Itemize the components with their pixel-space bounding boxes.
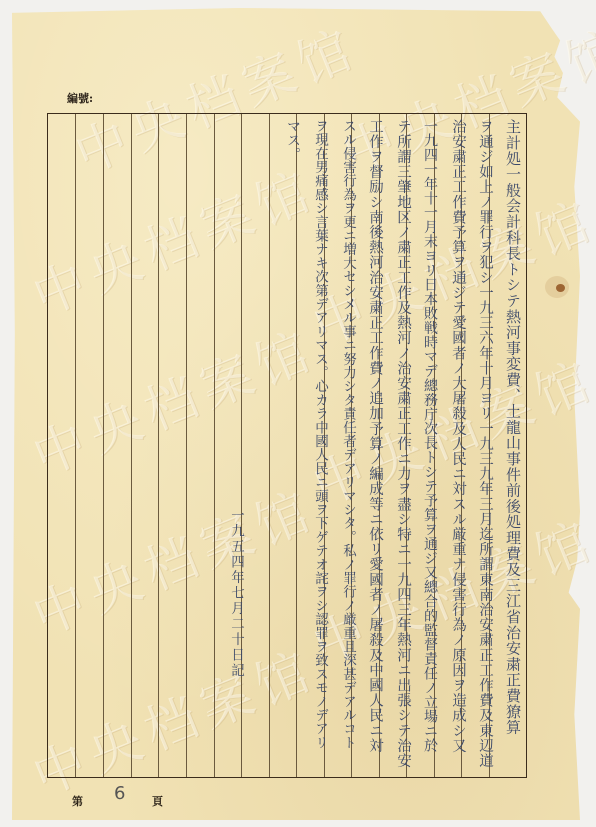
- page-number: 6: [114, 783, 125, 804]
- signature-date: 一九五四年七月二十日記: [226, 508, 246, 679]
- column-rule: [186, 114, 187, 777]
- column-rule: [158, 114, 159, 777]
- column-rule: [269, 114, 270, 777]
- page-label-suffix: 頁: [152, 790, 163, 809]
- text-column-4: 一九四一年十一月末ヨリ日本敗戦時マデ總務庁次長トシテ予算ヲ通ジ又總合的監督責任ノ…: [418, 119, 442, 753]
- text-column-2: ヲ通ジ如上ノ罪行ヲ犯シ一九三六年十月ヨリ一九三九年三月迄所謂東南治安粛正工作費及…: [473, 119, 497, 768]
- text-column-9: マス。: [281, 119, 305, 162]
- page-prefix: 第: [72, 795, 83, 808]
- column-rule: [75, 114, 76, 777]
- page-suffix: 頁: [152, 795, 163, 808]
- page-label-prefix: 第: [72, 790, 83, 809]
- text-column-6: 工作ヲ督励シ南後熱河治安粛正工作費ノ追加予算ノ編成等ニ依リ愛國者ノ屠殺及中國人民…: [363, 119, 387, 753]
- document-number-label: 編號:: [67, 90, 93, 106]
- text-column-5: テ所謂三肇地区ノ粛正工作及熱河ノ治安粛正工作ニ力ヲ盡シ特ニ一九四三年熱河ニ出張シ…: [391, 119, 415, 768]
- column-rule: [103, 114, 104, 777]
- text-column-7: スル侵害行為ヲ更ニ増大セシメル事ニ努力シタ責任者デアリマシタ。私ノ罪行ノ厳重且深…: [336, 119, 360, 749]
- ink-stain: [545, 276, 569, 298]
- text-column-8: ヲ現在男痛感シ言葉ナキ次第デアリマス。心カラ中國人民ニ頭ヲ下ゲテオ詫ヲシ認罪ヲ致…: [308, 119, 332, 749]
- column-rule: [214, 114, 215, 777]
- text-column-1: 主計処一般会計科長トシテ熱河事変費、土龍山事件前後処理費及三江省治安粛正費獠算: [501, 119, 525, 735]
- page-number-wrap: 6: [114, 783, 125, 804]
- column-rule: [296, 114, 297, 777]
- column-rule: [131, 114, 132, 777]
- text-column-3: 治安粛正工作費予算ヲ通ジテ愛國者ノ大屠殺及人民ニ対スル厳重ナ侵害行為ノ原因ヲ造成…: [446, 119, 470, 753]
